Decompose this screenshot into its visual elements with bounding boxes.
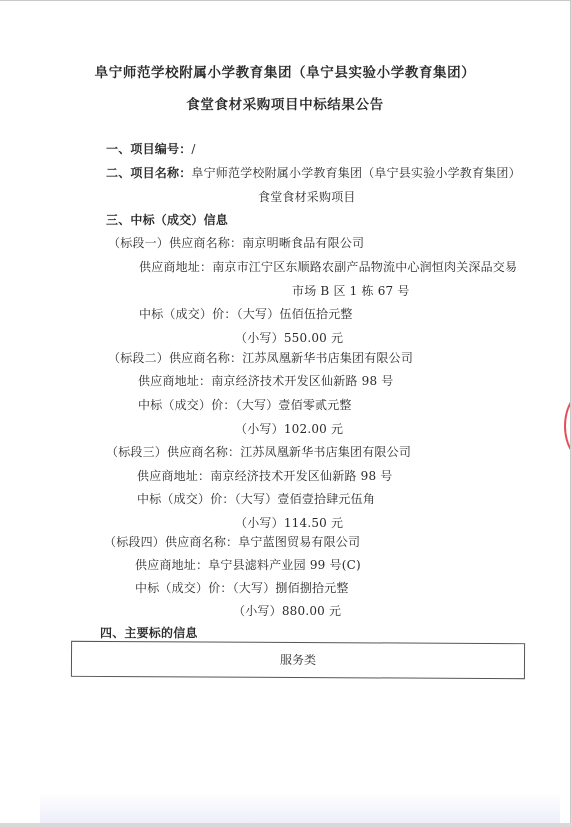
price-lower-label: （小写） bbox=[235, 516, 284, 530]
lot-1-price-lower: 550.00 元 bbox=[284, 331, 343, 345]
lot-3-price-upper-row: 中标（成交）价：（大写）壹佰壹拾肆元伍角 bbox=[137, 492, 375, 506]
lot-2-price-lower-row: （小写）102.00 元 bbox=[235, 422, 343, 436]
lot-4-price-upper: 捌佰捌拾元整 bbox=[275, 581, 348, 595]
lot-4-price-lower-row: （小写）880.00 元 bbox=[233, 604, 341, 618]
supplier-name-label: 供应商名称： bbox=[169, 236, 242, 250]
project-name-line1: 阜宁师范学校附属小学教育集团（阜宁县实验小学教育集团） bbox=[191, 166, 520, 180]
lot-2-price-upper-row: 中标（成交）价：（大写）壹佰零贰元整 bbox=[138, 398, 352, 412]
lot-2-address-line1: 南京经济技术开发区仙新路 98 号 bbox=[211, 374, 393, 388]
price-lower-label: （小写） bbox=[235, 422, 284, 436]
supplier-name-label: 供应商名称： bbox=[167, 445, 240, 459]
section-2-label: 二、项目名称： bbox=[106, 166, 191, 180]
official-seal-stamp bbox=[564, 391, 571, 461]
lot-4-price-upper-row: 中标（成交）价：（大写）捌佰捌拾元整 bbox=[135, 581, 349, 595]
price-upper-label: （大写） bbox=[235, 492, 278, 506]
lot-4-supplier-name: 阜宁蓝图贸易有限公司 bbox=[238, 535, 360, 549]
supplier-name-label: 供应商名称： bbox=[165, 535, 238, 549]
lot-1-supplier-name: 南京明晰食品有限公司 bbox=[242, 236, 364, 250]
project-number-value: / bbox=[191, 142, 195, 156]
lot-1-price-lower-row: （小写）550.00 元 bbox=[235, 331, 343, 345]
lot-1-supplier-row: （标段一）供应商名称：南京明晰食品有限公司 bbox=[108, 236, 364, 250]
supplier-name-label: 供应商名称： bbox=[169, 351, 242, 365]
lot-3-price-lower-row: （小写）114.50 元 bbox=[235, 516, 343, 530]
lot-1-label: （标段一） bbox=[108, 236, 169, 250]
price-label: 中标（成交）价： bbox=[139, 307, 237, 321]
main-item-category: 服务类 bbox=[72, 650, 524, 669]
lot-1-address-line2: 市场 B 区 1 栋 67 号 bbox=[292, 284, 410, 298]
section-3-label: 三、中标（成交）信息 bbox=[106, 213, 228, 227]
lot-1-price-upper: 伍佰伍拾元整 bbox=[279, 307, 352, 321]
lot-2-supplier-name: 江苏凤凰新华书店集团有限公司 bbox=[242, 351, 413, 365]
lot-3-price-lower: 114.50 元 bbox=[284, 516, 343, 530]
main-item-table: 服务类 bbox=[71, 641, 525, 679]
document-title-line2: 食堂食材采购项目中标结果公告 bbox=[0, 97, 570, 113]
lot-1-price-upper-row: 中标（成交）价：（大写）伍佰伍拾元整 bbox=[139, 307, 353, 321]
price-lower-label: （小写） bbox=[233, 604, 282, 618]
lot-2-label: （标段二） bbox=[108, 351, 169, 365]
lot-3-address-row: 供应商地址：南京经济技术开发区仙新路 98 号 bbox=[137, 469, 393, 483]
address-label: 供应商地址： bbox=[135, 558, 208, 572]
section-4-label: 四、主要标的信息 bbox=[100, 626, 198, 640]
lot-1-address-line1: 南京市江宁区东顺路农副产品物流中心润恒肉关深品交易 bbox=[212, 260, 517, 274]
lot-4-price-lower: 880.00 元 bbox=[282, 604, 341, 618]
document-title-line1: 阜宁师范学校附属小学教育集团（阜宁县实验小学教育集团） bbox=[0, 65, 570, 81]
lot-4-address-line1: 阜宁县滤料产业园 99 号(C) bbox=[208, 558, 361, 572]
price-upper-label: （大写） bbox=[237, 307, 280, 321]
project-name-line2: 食堂食材采购项目 bbox=[258, 190, 356, 204]
lot-2-price-upper: 壹佰零贰元整 bbox=[278, 398, 351, 412]
lot-3-price-upper: 壹佰壹拾肆元伍角 bbox=[277, 492, 375, 506]
lot-4-label: （标段四） bbox=[104, 535, 165, 549]
lot-3-supplier-row: （标段三）供应商名称：江苏凤凰新华书店集团有限公司 bbox=[106, 445, 411, 459]
document-page: 阜宁师范学校附属小学教育集团（阜宁县实验小学教育集团） 食堂食材采购项目中标结果… bbox=[0, 0, 571, 823]
lot-2-supplier-row: （标段二）供应商名称：江苏凤凰新华书店集团有限公司 bbox=[108, 351, 413, 365]
lot-3-supplier-name: 江苏凤凰新华书店集团有限公司 bbox=[240, 445, 411, 459]
lot-3-label: （标段三） bbox=[106, 445, 167, 459]
lot-3-address-line1: 南京经济技术开发区仙新路 98 号 bbox=[210, 469, 392, 483]
address-label: 供应商地址： bbox=[139, 260, 212, 274]
lot-2-address-row: 供应商地址：南京经济技术开发区仙新路 98 号 bbox=[138, 374, 394, 388]
address-label: 供应商地址： bbox=[137, 469, 210, 483]
price-label: 中标（成交）价： bbox=[138, 398, 236, 412]
scan-shadow bbox=[40, 793, 560, 823]
price-label: 中标（成交）价： bbox=[137, 492, 235, 506]
lot-2-price-lower: 102.00 元 bbox=[284, 422, 343, 436]
lot-4-supplier-row: （标段四）供应商名称：阜宁蓝图贸易有限公司 bbox=[104, 535, 360, 549]
lot-4-address-row: 供应商地址：阜宁县滤料产业园 99 号(C) bbox=[135, 558, 361, 572]
price-label: 中标（成交）价： bbox=[135, 581, 233, 595]
address-label: 供应商地址： bbox=[138, 374, 211, 388]
price-upper-label: （大写） bbox=[236, 398, 279, 412]
section-2-project-name: 二、项目名称：阜宁师范学校附属小学教育集团（阜宁县实验小学教育集团） bbox=[106, 166, 521, 180]
lot-1-address-row: 供应商地址：南京市江宁区东顺路农副产品物流中心润恒肉关深品交易 bbox=[139, 260, 517, 274]
section-1-label: 一、项目编号： bbox=[106, 142, 191, 156]
price-lower-label: （小写） bbox=[235, 331, 284, 345]
section-1-project-number: 一、项目编号：/ bbox=[106, 142, 196, 156]
price-upper-label: （大写） bbox=[233, 581, 276, 595]
